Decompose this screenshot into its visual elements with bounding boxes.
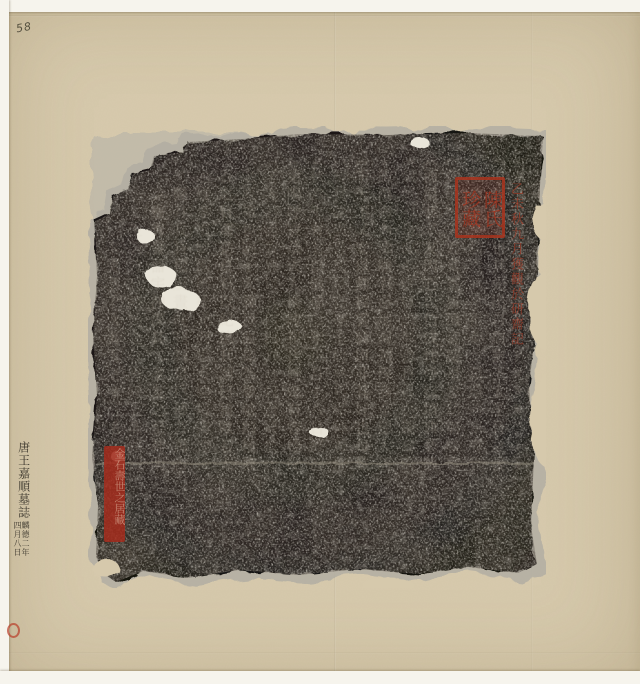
- inscription-column: 長而溫恭孝友因心忠信成性學綜墳典藝該: [422, 150, 437, 566]
- inscription-column: 禮樂弱冠州辟不就優游琴書自得之趣屬隋: [399, 150, 414, 566]
- catalog-number: 58: [15, 20, 33, 36]
- sheet-edge-top: [0, 0, 640, 12]
- inscription-column: 山之原禮也嗣子大義泣血茹荼攀號罔極懼: [240, 150, 255, 566]
- sheet-edge-left: [0, 0, 9, 684]
- fold-crease-top: [9, 15, 640, 17]
- margin-annotation: 唐王嘉順墓誌 麟德二年 四月八日: [7, 441, 41, 557]
- inscription-column: 資忠履孝道映衡門德光閭里方期眉壽遽掩: [195, 150, 210, 566]
- scanned-album-leaf: 58: [0, 0, 640, 684]
- inscription-column: 君子先君而歿粵以其年四月八日合葬於邙: [263, 150, 278, 566]
- inscription-column: 泉扉隴月長昏松風晝晚刊石泉戶傳芳萬古: [172, 150, 187, 566]
- inscription-column: 曰富貴浮雲吾何慕焉遂退居林泉頤神養性: [331, 150, 346, 566]
- inscription-column: 春秋六十有七以麟德二年正月十八日終於: [308, 150, 323, 566]
- inscription-column: 私第嗚呼哀哉夫人博陵崔氏婉嫕有容德配: [286, 150, 301, 566]
- annotation-date-left: 四月八日: [13, 521, 21, 557]
- collector-seal-column: 金石壽世之居藏: [104, 446, 125, 542]
- collector-seal-square: 陳氏珍藏: [455, 177, 505, 238]
- seal-glyphs: 陳氏珍藏: [458, 181, 502, 236]
- stone-rubbing: 唐故雲騎尉王君墓誌銘并序君諱順字嘉賓太原晉陽人也其先出自周靈王太子晉之後曾祖徽魏…: [88, 126, 546, 588]
- inscription-column: 御宇天下乂安以勳授雲騎尉非其好也每歎: [354, 150, 369, 566]
- annotation-title: 唐王嘉順墓誌: [17, 441, 30, 519]
- seal-glyphs: 金石壽世之居藏: [104, 448, 125, 525]
- annotation-date: 麟德二年 四月八日: [13, 521, 41, 557]
- fold-crease-bottom: [9, 652, 640, 654]
- inscription-column: 季版蕩海內沸騰君避地河朔保身全節大唐: [377, 150, 392, 566]
- red-ink-inscription: 乙未秋九月獲觀於研齋記: [504, 182, 522, 382]
- inscription-column: 陵谷之貿遷勒貞石以紀德其詞曰猗歟若人: [218, 150, 233, 566]
- annotation-date-right: 麟德二年: [21, 521, 29, 557]
- red-oval-mark: [7, 623, 20, 638]
- sheet-edge-bottom: [0, 671, 640, 684]
- inscription-column: 其一英靈秀發器宇沖深其二孝友之至神明: [149, 150, 164, 566]
